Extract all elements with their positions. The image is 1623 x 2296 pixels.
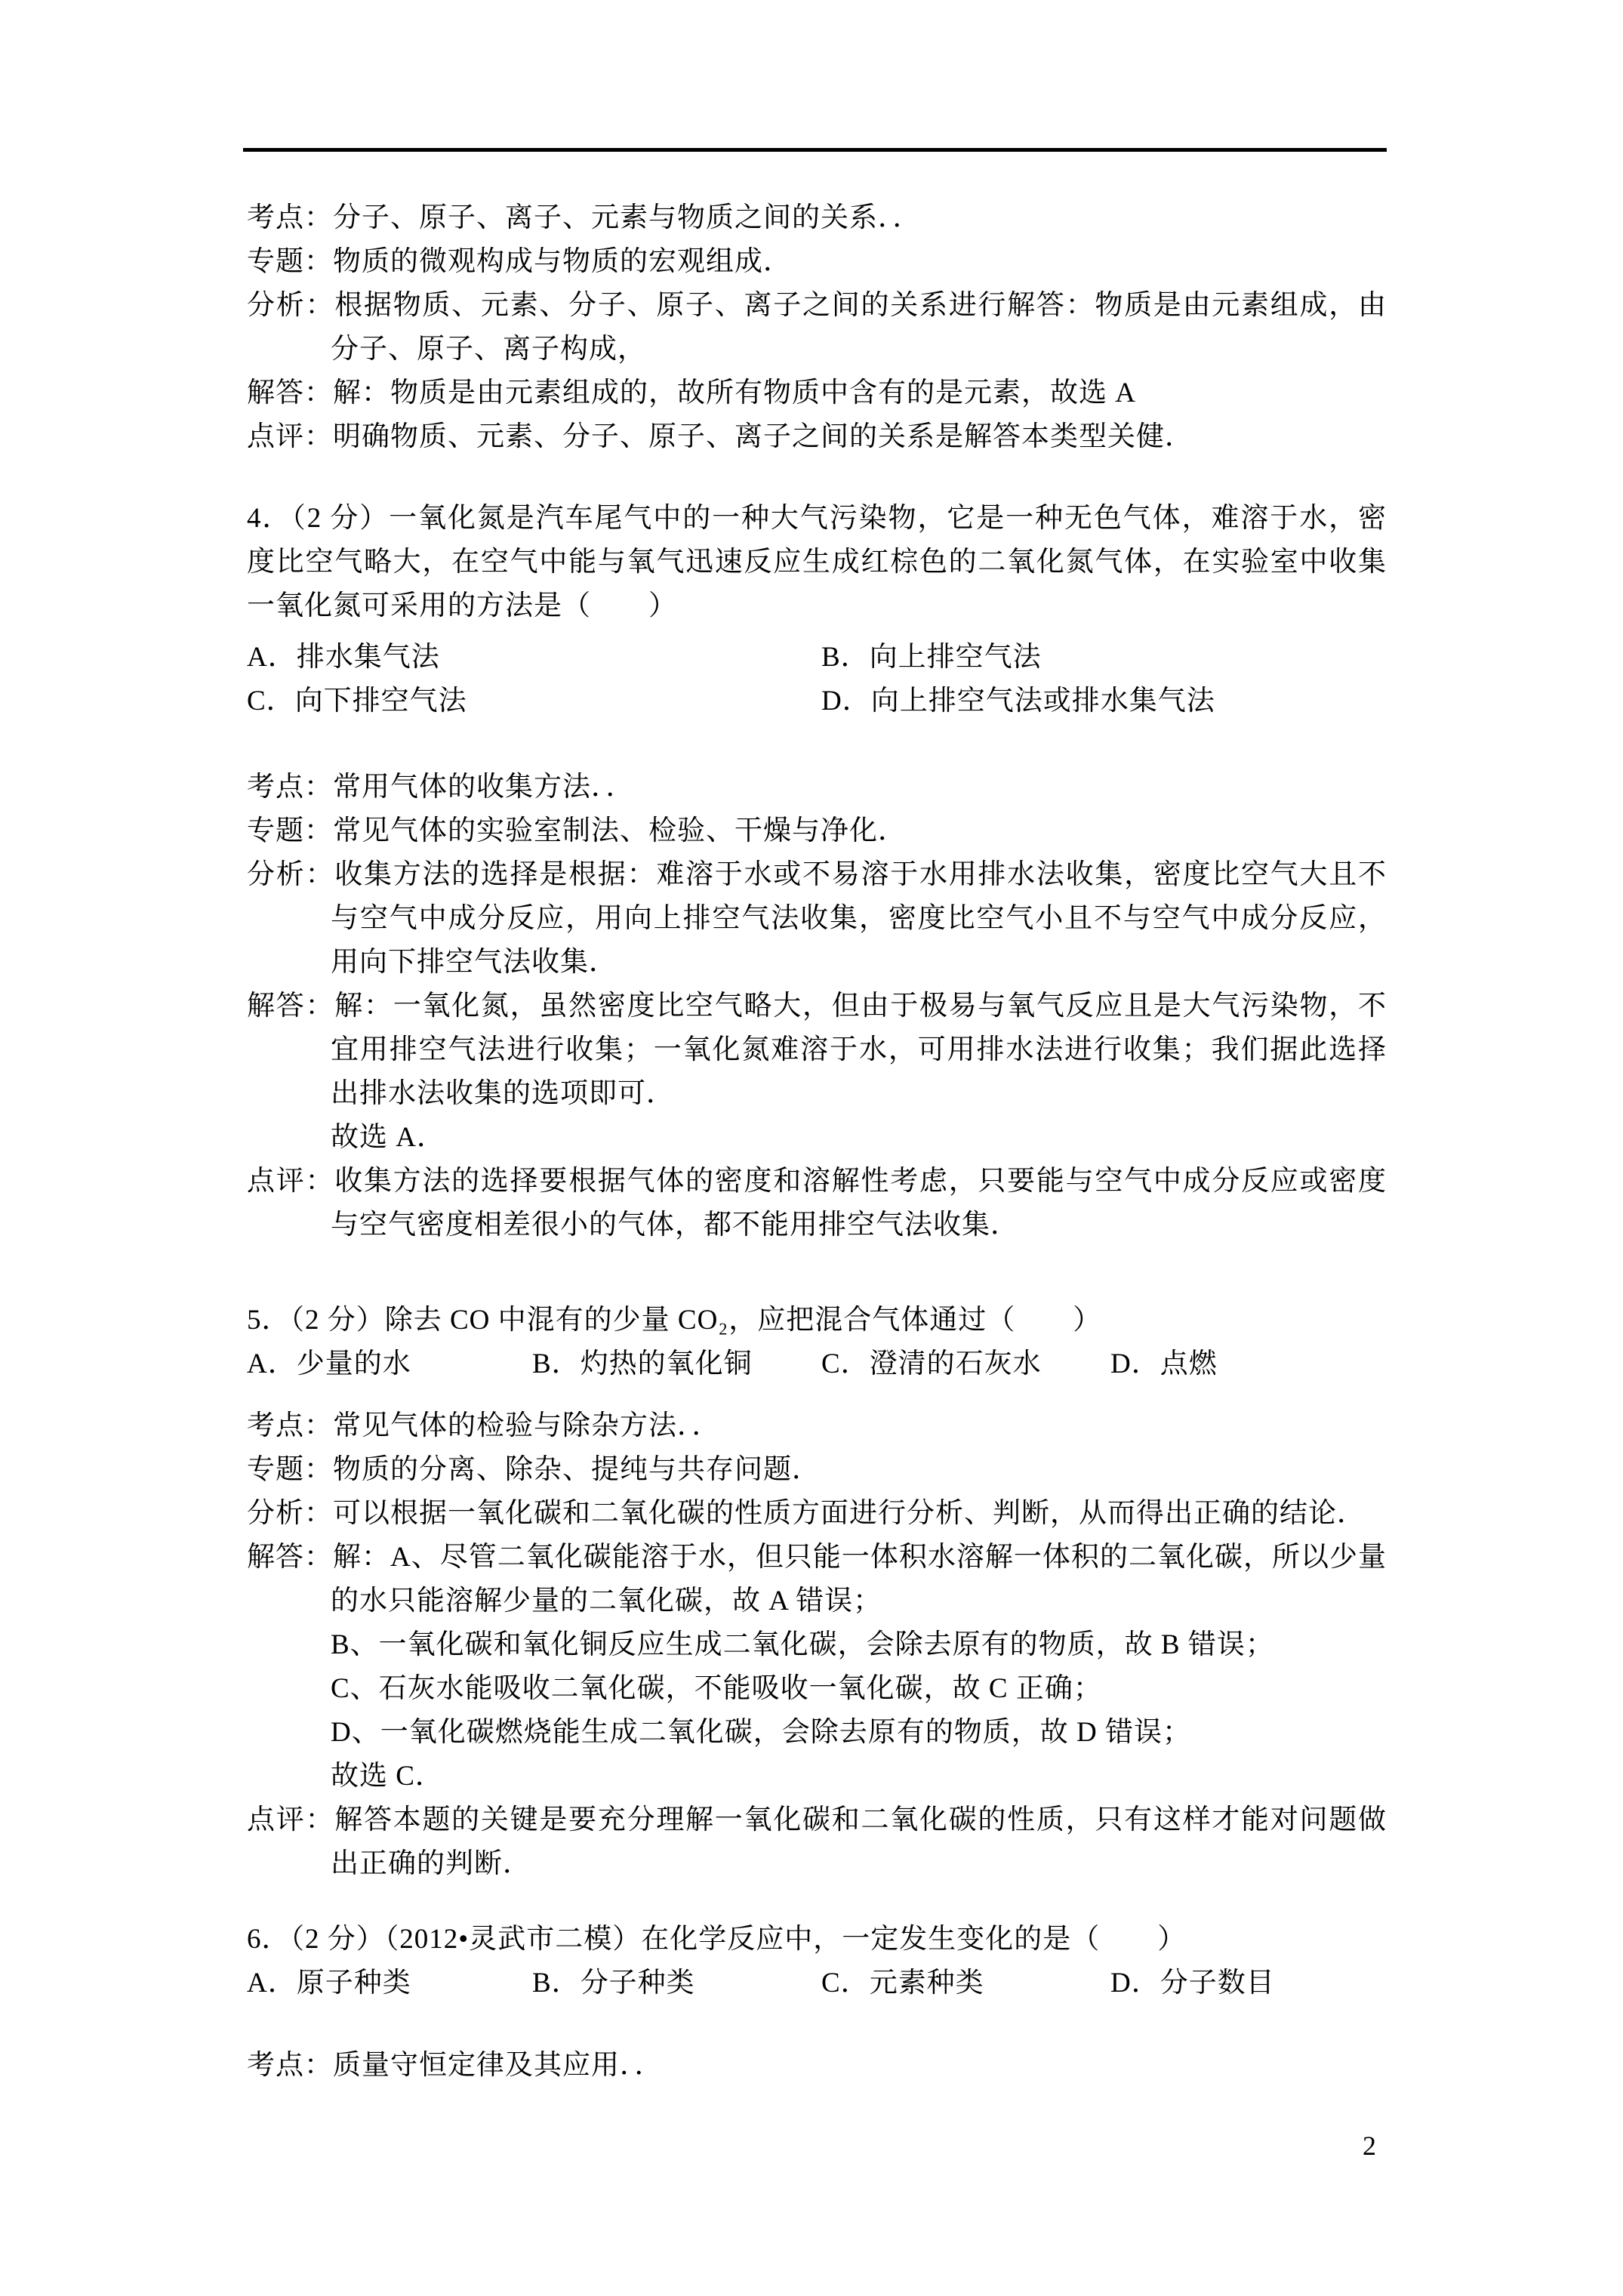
answer-row-text: 分子、原子、离子、元素与物质之间的关系．． xyxy=(333,202,922,233)
answer-row-label: 考点： xyxy=(247,1410,333,1441)
option-key: A． xyxy=(247,1348,297,1379)
option-text: 向上排空气法 xyxy=(870,642,1042,673)
option-item-d: D．点燃 xyxy=(1110,1342,1387,1386)
option-item-a: A．原子种类 xyxy=(247,1962,532,2005)
option-key: B． xyxy=(821,642,870,673)
answer-row: 考点：常见气体的检验与除杂方法．． xyxy=(247,1404,1387,1448)
answer-row: 点评：收集方法的选择要根据气体的密度和溶解性考虑，只要能与空气中成分反应或密度与… xyxy=(247,1160,1387,1247)
answer-row-label: 点评： xyxy=(247,421,333,452)
answer-section-q3: 考点：分子、原子、离子、元素与物质之间的关系．． 专题：物质的微观构成与物质的宏… xyxy=(247,196,1387,459)
answer-row-label: 点评： xyxy=(247,1804,334,1835)
option-key: C． xyxy=(821,1968,870,1999)
answer-row-text: 物质的分离、除杂、提纯与共存问题． xyxy=(333,1454,821,1485)
option-text: 原子种类 xyxy=(297,1968,411,1999)
answer-row-text: 解：A、尽管二氧化碳能溶于水，但只能一体积水溶解一体积的二氧化碳，所以少量的水只… xyxy=(331,1542,1387,1616)
option-text: 分子种类 xyxy=(581,1968,695,1999)
answer-row-text: 常用气体的收集方法．． xyxy=(333,772,635,803)
option-item-d: D．向上排空气法或排水集气法 xyxy=(821,680,1387,723)
answer-row-continuation: C、石灰水能吸收二氧化碳，不能吸收一氧化碳，故 C 正确； xyxy=(247,1667,1387,1711)
answer-row: 点评：解答本题的关键是要充分理解一氧化碳和二氧化碳的性质，只有这样才能对问题做出… xyxy=(247,1798,1387,1886)
header-rule xyxy=(243,148,1387,152)
answer-row-label: 分析： xyxy=(247,290,334,321)
answer-row: 专题：常见气体的实验室制法、检验、干燥与净化． xyxy=(247,809,1387,853)
answer-section-q5: 考点：常见气体的检验与除杂方法．． 专题：物质的分离、除杂、提纯与共存问题． 分… xyxy=(247,1404,1387,1886)
answer-row: 分析：根据物质、元素、分子、原子、离子之间的关系进行解答：物质是由元素组成，由分… xyxy=(247,284,1387,371)
option-key: B． xyxy=(532,1968,581,1999)
answer-row: 考点：常用气体的收集方法．． xyxy=(247,766,1387,809)
answer-row-label: 点评： xyxy=(247,1166,334,1197)
option-key: B． xyxy=(532,1348,581,1379)
answer-row-text: 根据物质、元素、分子、原子、离子之间的关系进行解答：物质是由元素组成，由分子、原… xyxy=(331,290,1387,365)
answer-row-label: 考点： xyxy=(247,202,333,233)
answer-row-text: 解：物质是由元素组成的，故所有物质中含有的是元素，故选 A xyxy=(333,378,1136,408)
option-item-c: C．元素种类 xyxy=(821,1962,1110,2005)
option-item-d: D．分子数目 xyxy=(1110,1962,1387,2005)
option-item-b: B．灼热的氧化铜 xyxy=(532,1342,821,1386)
question-stem-q4: 4．（2 分）一氧化氮是汽车尾气中的一种大气污染物，它是一种无色气体，难溶于水，… xyxy=(247,497,1387,628)
option-key: A． xyxy=(247,642,297,673)
answer-row-label: 专题： xyxy=(247,815,333,846)
answer-row-label: 专题： xyxy=(247,246,333,277)
answer-row: 分析：收集方法的选择是根据：难溶于水或不易溶于水用排水法收集，密度比空气大且不与… xyxy=(247,853,1387,985)
answer-row-label: 专题： xyxy=(247,1454,333,1485)
answer-row-text: 可以根据一氧化碳和二氧化碳的性质方面进行分析、判断，从而得出正确的结论． xyxy=(333,1498,1366,1529)
page-content: 考点：分子、原子、离子、元素与物质之间的关系．． 专题：物质的微观构成与物质的宏… xyxy=(247,196,1387,2088)
option-text: 分子数目 xyxy=(1160,1968,1275,1999)
option-item-c: C．向下排空气法 xyxy=(247,680,821,723)
answer-row: 考点：分子、原子、离子、元素与物质之间的关系．． xyxy=(247,196,1387,240)
option-text: 向下排空气法 xyxy=(295,686,467,717)
answer-row-label: 解答： xyxy=(247,991,334,1022)
answer-section-q4: 考点：常用气体的收集方法．． 专题：常见气体的实验室制法、检验、干燥与净化． 分… xyxy=(247,766,1387,1247)
answer-row: 专题：物质的分离、除杂、提纯与共存问题． xyxy=(247,1448,1387,1492)
answer-row: 点评：明确物质、元素、分子、原子、离子之间的关系是解答本类型关健． xyxy=(247,415,1387,459)
answer-row: 解答：解：A、尽管二氧化碳能溶于水，但只能一体积水溶解一体积的二氧化碳，所以少量… xyxy=(247,1536,1387,1623)
option-text: 向上排空气法或排水集气法 xyxy=(871,686,1215,717)
answer-row-label: 分析： xyxy=(247,1498,333,1529)
option-item-a: A．排水集气法 xyxy=(247,636,821,680)
answer-row-continuation: 故选 A． xyxy=(247,1116,1387,1160)
option-text: 灼热的氧化铜 xyxy=(581,1348,753,1379)
option-text: 元素种类 xyxy=(870,1968,984,1999)
question-stem-q5: 5．（2 分）除去 CO 中混有的少量 CO₂，应把混合气体通过（ ） xyxy=(247,1299,1387,1342)
options-row-q5: A．少量的水 B．灼热的氧化铜 C．澄清的石灰水 D．点燃 xyxy=(247,1342,1387,1386)
answer-row: 分析：可以根据一氧化碳和二氧化碳的性质方面进行分析、判断，从而得出正确的结论． xyxy=(247,1492,1387,1536)
option-item-a: A．少量的水 xyxy=(247,1342,532,1386)
answer-row-label: 考点： xyxy=(247,772,333,803)
answer-row-label: 解答： xyxy=(247,378,333,408)
answer-row-label: 分析： xyxy=(247,859,334,890)
question-stem-q6: 6．（2 分）（2012•灵武市二模）在化学反应中，一定发生变化的是（ ） xyxy=(247,1918,1387,1962)
answer-row-text: 质量守恒定律及其应用．． xyxy=(333,2050,664,2081)
answer-row: 专题：物质的微观构成与物质的宏观组成． xyxy=(247,240,1387,284)
option-item-b: B．分子种类 xyxy=(532,1962,821,2005)
option-key: D． xyxy=(1110,1968,1160,1999)
answer-row-continuation: B、一氧化碳和氧化铜反应生成二氧化碳，会除去原有的物质，故 B 错误； xyxy=(247,1623,1387,1667)
answer-row: 考点：质量守恒定律及其应用．． xyxy=(247,2044,1387,2088)
option-text: 点燃 xyxy=(1160,1348,1218,1379)
answer-row: 解答：解：物质是由元素组成的，故所有物质中含有的是元素，故选 A xyxy=(247,371,1387,415)
option-key: C． xyxy=(247,686,295,717)
answer-row-continuation: D、一氧化碳燃烧能生成二氧化碳，会除去原有的物质，故 D 错误； xyxy=(247,1711,1387,1755)
option-text: 少量的水 xyxy=(297,1348,411,1379)
answer-row-text: 解：一氧化氮，虽然密度比空气略大，但由于极易与氧气反应且是大气污染物，不宜用排空… xyxy=(331,991,1387,1109)
option-item-b: B．向上排空气法 xyxy=(821,636,1387,680)
answer-row-label: 考点： xyxy=(247,2050,333,2081)
answer-row-text: 物质的微观构成与物质的宏观组成． xyxy=(333,246,792,277)
option-text: 澄清的石灰水 xyxy=(870,1348,1042,1379)
option-text: 排水集气法 xyxy=(297,642,440,673)
answer-row-text: 解答本题的关键是要充分理解一氧化碳和二氧化碳的性质，只有这样才能对问题做出正确的… xyxy=(331,1804,1387,1879)
option-key: C． xyxy=(821,1348,870,1379)
option-key: D． xyxy=(821,686,871,717)
answer-row-text: 明确物质、元素、分子、原子、离子之间的关系是解答本类型关健． xyxy=(333,421,1193,452)
option-key: A． xyxy=(247,1968,297,1999)
answer-row-text: 常见气体的检验与除杂方法．． xyxy=(333,1410,721,1441)
answer-row-continuation: 故选 C． xyxy=(247,1755,1387,1798)
page-number: 2 xyxy=(1363,2124,1376,2168)
option-key: D． xyxy=(1110,1348,1160,1379)
option-item-c: C．澄清的石灰水 xyxy=(821,1342,1110,1386)
answer-row-text: 收集方法的选择要根据气体的密度和溶解性考虑，只要能与空气中成分反应或密度与空气密… xyxy=(331,1166,1387,1240)
options-row-q6: A．原子种类 B．分子种类 C．元素种类 D．分子数目 xyxy=(247,1962,1387,2005)
answer-row: 解答：解：一氧化氮，虽然密度比空气略大，但由于极易与氧气反应且是大气污染物，不宜… xyxy=(247,985,1387,1116)
options-grid-q4: A．排水集气法 B．向上排空气法 C．向下排空气法 D．向上排空气法或排水集气法 xyxy=(247,636,1387,723)
answer-section-q6: 考点：质量守恒定律及其应用．． xyxy=(247,2044,1387,2088)
answer-row-text: 常见气体的实验室制法、检验、干燥与净化． xyxy=(333,815,907,846)
answer-row-label: 解答： xyxy=(247,1542,333,1573)
answer-row-text: 收集方法的选择是根据：难溶于水或不易溶于水用排水法收集，密度比空气大且不与空气中… xyxy=(331,859,1387,978)
